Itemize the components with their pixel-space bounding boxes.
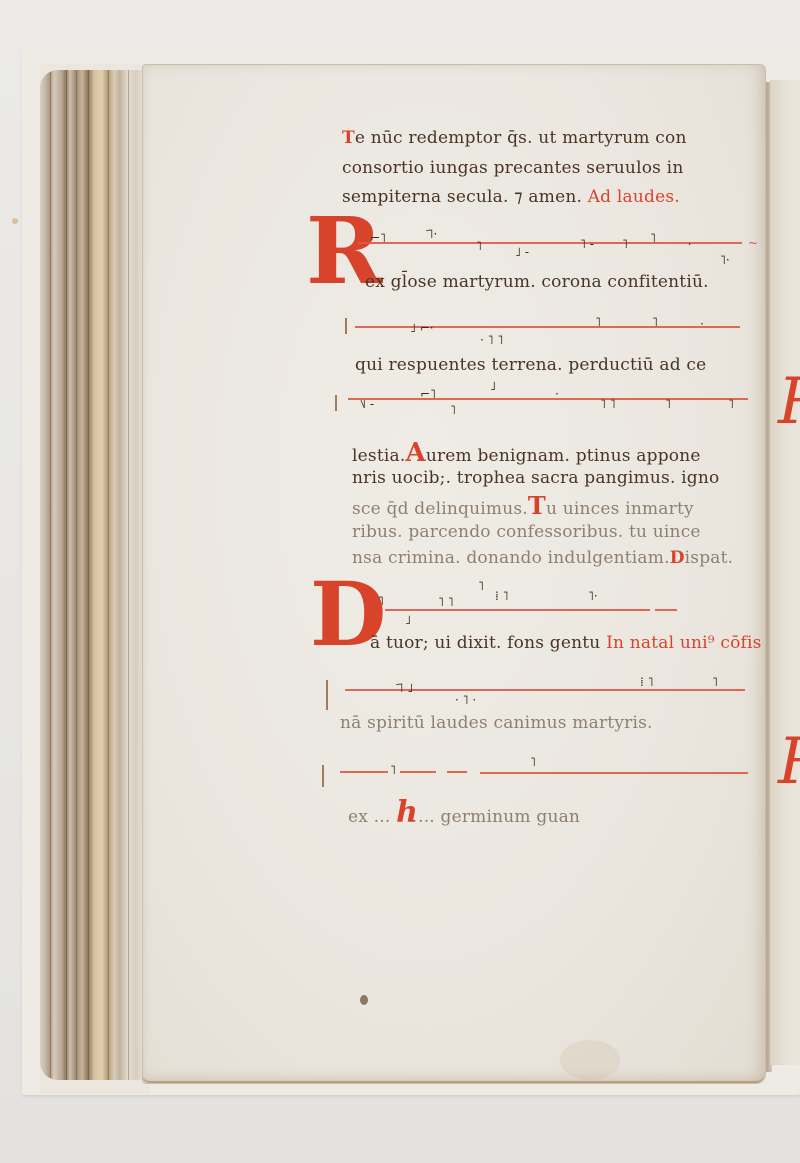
- neume: ˥: [450, 404, 456, 416]
- initial-D-small: D: [670, 548, 685, 568]
- neume: ˥˥·: [425, 228, 437, 240]
- clef-mark: [326, 680, 328, 710]
- neume: ˩: [405, 614, 411, 626]
- staff-line: [340, 771, 388, 773]
- page-edges-stack: [40, 70, 150, 1080]
- page-bottom-edge: [142, 1075, 764, 1083]
- neume: ˥: [650, 232, 656, 244]
- neume: ˥: [595, 316, 601, 328]
- antiphon-line-3: ex ... h... germinum guan: [348, 798, 580, 828]
- prayer-line-3: sempiterna secula. ⁊ amen. Ad laudes.: [342, 187, 680, 207]
- initial-h: h: [396, 795, 418, 830]
- facing-page-fragment: R R: [770, 80, 800, 1065]
- neume: ˥: [665, 398, 671, 410]
- staff-line: [655, 609, 677, 611]
- neume: ˥: [622, 238, 628, 250]
- staff-line: [447, 771, 467, 773]
- neume: ˥: [652, 316, 658, 328]
- neume: ˩: [490, 380, 496, 392]
- chant-line-1: ex gl̄ose martyrum. corona confitentiū.: [365, 272, 709, 292]
- clef-mark: [345, 318, 347, 334]
- prayer-line-2: consortio iungas precantes seruulos in: [342, 158, 683, 178]
- neume: ˥: [712, 676, 718, 688]
- clef-mark: [335, 395, 337, 411]
- neume: ˥·: [588, 590, 598, 602]
- initial-A: A: [405, 438, 425, 468]
- hymn-line-1: lestia.Aurem benignam. ptinus appone: [352, 440, 701, 466]
- neume: ˥ -: [580, 238, 594, 250]
- stain: [12, 218, 18, 224]
- neume: ·: [700, 318, 704, 330]
- rubric-in-natal: In natal uni⁹ cōfis: [606, 633, 762, 653]
- chant-line-2: qui respuentes terrena. perductiū ad ce: [355, 355, 706, 375]
- neume: ⌐˥: [370, 232, 386, 244]
- staff-line: [348, 398, 748, 400]
- hymn-line-3: sce q̄d delinquimus.Tu uinces inmarty: [352, 494, 694, 519]
- neume: ˑ: [688, 240, 692, 252]
- neume: ˥: [530, 756, 536, 768]
- stain: [360, 995, 368, 1005]
- staff-line: [385, 609, 650, 611]
- neume: ˥ ˥: [600, 398, 616, 410]
- neume: ⁞ ˥: [495, 590, 509, 602]
- neume: ⁞ ˥: [640, 676, 654, 688]
- prayer-line-1: Te nūc redemptor q̄s. ut martyrum con: [342, 128, 687, 148]
- rubric-ad-laudes: Ad laudes.: [588, 187, 680, 207]
- staff-line: [400, 771, 436, 773]
- facing-initial-2: R: [778, 730, 800, 794]
- hymn-line-2: nris uocib;. trophea sacra pangimus. ign…: [352, 468, 719, 488]
- neume: ˥ ˥: [438, 596, 454, 608]
- stain: [560, 1040, 620, 1080]
- antiphon-line-1: ā tuor; ui dixit. fons gentu In natal un…: [370, 633, 762, 653]
- neume: ˥: [478, 580, 484, 592]
- manuscript-page: [142, 64, 766, 1084]
- hymn-line-5: nsa crimina. donando indulgentiam.Dispat…: [352, 548, 733, 568]
- neume: ˥: [728, 398, 734, 410]
- neume: ˥·: [720, 254, 730, 266]
- neume: ˥˥ ˩: [395, 682, 413, 694]
- custos: ~: [748, 236, 758, 250]
- hymn-line-4: ribus. parcendo confessoribus. tu uince: [352, 522, 701, 542]
- initial-T: T: [528, 491, 546, 520]
- neume: · ˥ ˥: [480, 334, 503, 346]
- neume: ˥˩ -: [360, 398, 374, 410]
- neume: ˩ -: [515, 246, 529, 258]
- neume: ˥: [390, 764, 396, 776]
- antiphon-line-2: nā spiritū laudes canimus martyris.: [340, 713, 653, 733]
- neume: ·: [555, 388, 559, 400]
- neume: ˩ ⌐·: [410, 322, 434, 334]
- neume: ˥: [476, 240, 482, 252]
- staff-line: [358, 242, 742, 244]
- clef-mark: [322, 765, 324, 787]
- neume: ⌐˥: [420, 388, 436, 400]
- facing-initial-1: R: [778, 370, 800, 434]
- staff-line: [480, 772, 748, 774]
- neume: · ˥ ·: [455, 694, 476, 706]
- neume: ˥: [378, 595, 384, 607]
